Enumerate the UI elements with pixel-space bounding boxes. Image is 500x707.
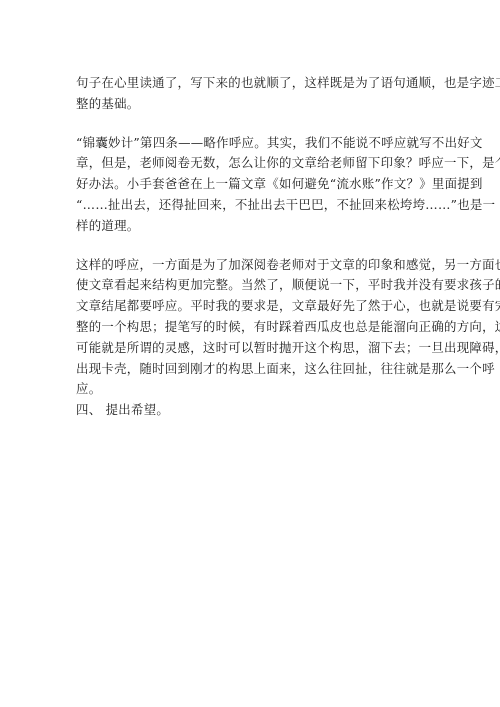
text-line: 好办法。小手套爸爸在上一篇文章《如何避免“流水账”作文？》里面提到: [76, 174, 420, 195]
text-line: 整的一个构思；提笔写的时候，有时踩着西瓜皮也总是能溜向正确的方向，这: [76, 317, 420, 338]
paragraph-3: 这样的呼应，一方面是为了加深阅卷老师对于文章的印象和感觉，另一方面也 使文章看起…: [76, 255, 420, 401]
text-line: 样的道理。: [76, 216, 420, 237]
text-line: 章，但是，老师阅卷无数，怎么让你的文章给老师留下印象？呼应一下，是个: [76, 153, 420, 174]
section-heading: 四、 提出希望。: [76, 400, 420, 421]
document-body: 句子在心里读通了，写下来的也就顺了，这样既是为了语句通顺，也是字迹工 整的基础。…: [76, 73, 420, 421]
text-line: 使文章看起来结构更加完整。当然了，顺便说一下，平时我并没有要求孩子的: [76, 275, 420, 296]
text-line: 应。: [76, 379, 420, 400]
text-line: “……扯出去，还得扯回来，不扯出去干巴巴，不扯回来松垮垮……”也是一: [76, 195, 420, 216]
text-line: “锦囊妙计”第四条——略作呼应。其实，我们不能说不呼应就写不出好文: [76, 133, 420, 154]
text-line: 可能就是所谓的灵感，这时可以暂时抛开这个构思，溜下去；一旦出现障碍，: [76, 338, 420, 359]
paragraph-gap: [76, 237, 420, 255]
text-line: 句子在心里读通了，写下来的也就顺了，这样既是为了语句通顺，也是字迹工: [76, 73, 420, 94]
document-page: 句子在心里读通了，写下来的也就顺了，这样既是为了语句通顺，也是字迹工 整的基础。…: [0, 0, 500, 707]
paragraph-gap: [76, 115, 420, 133]
text-line: 文章结尾都要呼应。平时我的要求是，文章最好先了然于心，也就是说要有完: [76, 296, 420, 317]
text-line: 出现卡壳，随时回到刚才的构思上面来，这么往回扯，往往就是那么一个呼: [76, 359, 420, 380]
text-line: 这样的呼应，一方面是为了加深阅卷老师对于文章的印象和感觉，另一方面也: [76, 255, 420, 276]
paragraph-2: “锦囊妙计”第四条——略作呼应。其实，我们不能说不呼应就写不出好文 章，但是，老…: [76, 133, 420, 237]
paragraph-1: 句子在心里读通了，写下来的也就顺了，这样既是为了语句通顺，也是字迹工 整的基础。: [76, 73, 420, 115]
text-line: 整的基础。: [76, 94, 420, 115]
